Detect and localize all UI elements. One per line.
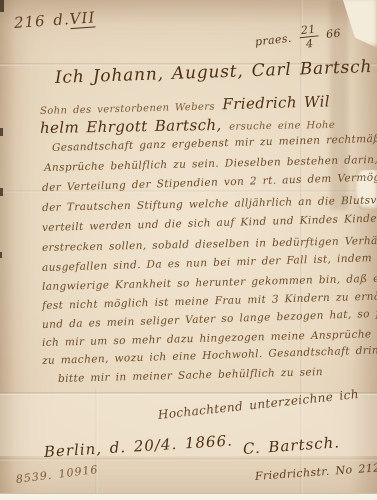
praes-date-fraction: 21 4	[298, 23, 319, 50]
scanner-bed-strip	[0, 493, 377, 500]
line3-continuation: ersuche eine Hohe	[229, 120, 335, 133]
letter-scan: 216 d.VII praes. 21 4 66 Ich Johann, Aug…	[0, 0, 377, 500]
scan-edge-mark	[0, 188, 3, 196]
line2-name: Friedrich Wil	[222, 92, 330, 113]
praes-label: praes.	[254, 32, 292, 49]
scan-edge-mark	[0, 0, 4, 12]
scan-edge-mark	[0, 128, 3, 136]
scan-edge-mark	[0, 252, 2, 258]
line3-name: helm Ehrgott Bartsch,	[40, 116, 222, 137]
praes-day: 21	[298, 23, 318, 38]
registry-roman-numeral: VII	[69, 8, 96, 29]
praes-year: 66	[325, 27, 341, 41]
praes-month: 4	[305, 37, 314, 50]
